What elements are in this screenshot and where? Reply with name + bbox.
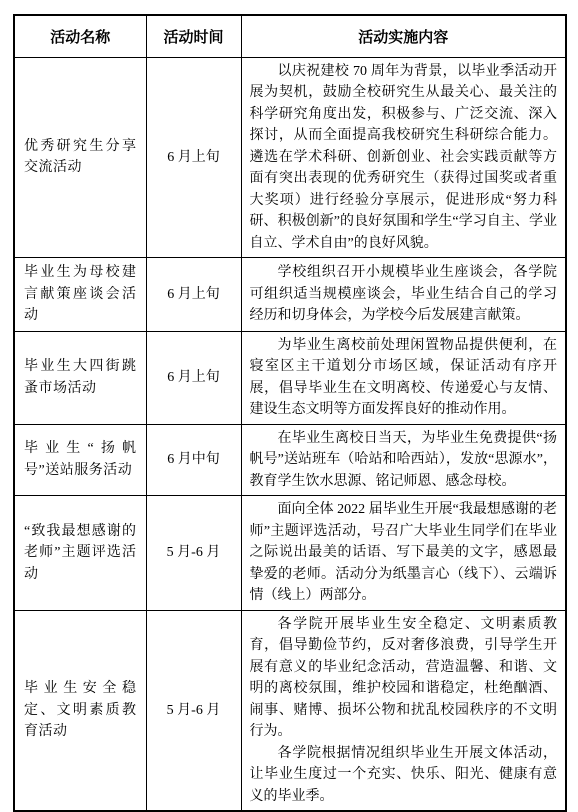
- header-activity-time: 活动时间: [146, 15, 241, 57]
- activity-time-cell: 5 月-6 月: [146, 496, 241, 611]
- table-row: 毕业生安全稳定、文明素质教育活动 5 月-6 月 各学院开展毕业生安全稳定、文明…: [14, 610, 566, 811]
- activity-name-cell: 毕业生“扬帆号”送站服务活动: [14, 424, 146, 496]
- activity-name-cell: 毕业生为母校建言献策座谈会活动: [14, 258, 146, 332]
- activities-table: 活动名称 活动时间 活动实施内容 优秀研究生分享交流活动 6 月上旬 以庆祝建校…: [13, 14, 567, 812]
- activity-content-cell: 各学院开展毕业生安全稳定、文明素质教育，倡导勤俭节约，反对奢侈浪费，引导学生开展…: [241, 610, 566, 811]
- table-row: 毕业生为母校建言献策座谈会活动 6 月上旬 学校组织召开小规模毕业生座谈会，各学…: [14, 258, 566, 332]
- activity-name-cell: 优秀研究生分享交流活动: [14, 57, 146, 258]
- activity-content-cell: 为毕业生离校前处理闲置物品提供便利，在寝室区主干道划分市场区域，保证活动有序开展…: [241, 331, 566, 424]
- header-activity-content: 活动实施内容: [241, 15, 566, 57]
- header-activity-name: 活动名称: [14, 15, 146, 57]
- activity-content-cell: 以庆祝建校 70 周年为背景，以毕业季活动开展为契机，鼓励全校研究生从最关心、最…: [241, 57, 566, 258]
- activity-name-cell: 毕业生大四街跳蚤市场活动: [14, 331, 146, 424]
- header-row: 活动名称 活动时间 活动实施内容: [14, 15, 566, 57]
- activity-time-cell: 6 月上旬: [146, 331, 241, 424]
- activity-name-cell: “致我最想感谢的老师”主题评选活动: [14, 496, 146, 611]
- content-paragraph: 学校组织召开小规模毕业生座谈会，各学院可组织适当规模座谈会，毕业生结合自己的学习…: [250, 262, 558, 327]
- content-paragraph: 为毕业生离校前处理闲置物品提供便利，在寝室区主干道划分市场区域，保证活动有序开展…: [250, 335, 558, 421]
- activity-time-cell: 6 月上旬: [146, 57, 241, 258]
- activity-name-cell: 毕业生安全稳定、文明素质教育活动: [14, 610, 146, 811]
- activity-time-cell: 6 月上旬: [146, 258, 241, 332]
- activity-content-cell: 在毕业生离校日当天，为毕业生免费提供“扬帆号”送站班车（哈站和哈西站），发放“思…: [241, 424, 566, 496]
- table-row: 优秀研究生分享交流活动 6 月上旬 以庆祝建校 70 周年为背景，以毕业季活动开…: [14, 57, 566, 258]
- table-row: 毕业生大四街跳蚤市场活动 6 月上旬 为毕业生离校前处理闲置物品提供便利，在寝室…: [14, 331, 566, 424]
- content-paragraph: 在毕业生离校日当天，为毕业生免费提供“扬帆号”送站班车（哈站和哈西站），发放“思…: [250, 428, 558, 493]
- content-paragraph: 各学院根据情况组织毕业生开展文体活动，让毕业生度过一个充实、快乐、阳光、健康有意…: [250, 743, 558, 808]
- activity-content-cell: 面向全体 2022 届毕业生开展“我最想感谢的老师”主题评选活动，号召广大毕业生…: [241, 496, 566, 611]
- activity-time-cell: 5 月-6 月: [146, 610, 241, 811]
- table-row: 毕业生“扬帆号”送站服务活动 6 月中旬 在毕业生离校日当天，为毕业生免费提供“…: [14, 424, 566, 496]
- activity-content-cell: 学校组织召开小规模毕业生座谈会，各学院可组织适当规模座谈会，毕业生结合自己的学习…: [241, 258, 566, 332]
- table-row: “致我最想感谢的老师”主题评选活动 5 月-6 月 面向全体 2022 届毕业生…: [14, 496, 566, 611]
- content-paragraph: 面向全体 2022 届毕业生开展“我最想感谢的老师”主题评选活动，号召广大毕业生…: [250, 499, 558, 607]
- content-paragraph: 各学院开展毕业生安全稳定、文明素质教育，倡导勤俭节约，反对奢侈浪费，引导学生开展…: [250, 614, 558, 743]
- content-paragraph: 以庆祝建校 70 周年为背景，以毕业季活动开展为契机，鼓励全校研究生从最关心、最…: [250, 61, 558, 255]
- activity-time-cell: 6 月中旬: [146, 424, 241, 496]
